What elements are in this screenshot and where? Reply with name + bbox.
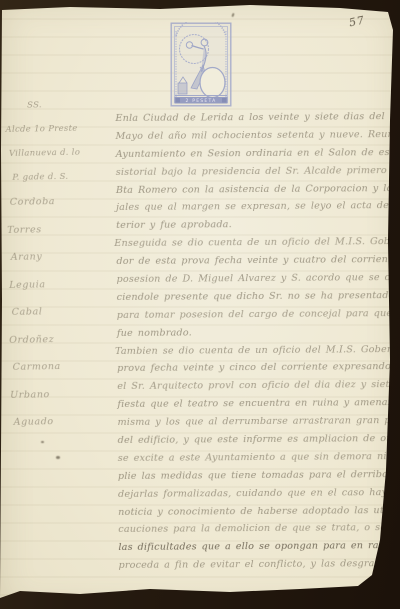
manuscript-line: se excite a este Ayuntamiento a que sin …: [118, 451, 396, 471]
stamp-denomination-text: 2 PESETA: [185, 98, 216, 104]
scanned-page: 57 2 PESETA SS. Alcde 1o Preste V: [0, 0, 400, 609]
margin-name: Arany: [8, 250, 112, 279]
manuscript-line: posesion de D. Miguel Alvarez y S. acord…: [117, 272, 395, 292]
folio-number: 57: [348, 13, 366, 29]
manuscript-line: noticia y conocimiento de haberse adopta…: [118, 505, 396, 525]
margin-name: Urbano: [10, 388, 114, 417]
margin-name: Carmona: [10, 360, 114, 389]
manuscript-line: ciendole presente que dicho Sr. no se ha…: [117, 290, 395, 310]
manuscript-line: Ayuntamiento en Sesion ordinaria en el S…: [116, 147, 394, 167]
manuscript-line: Mayo del año mil ochocientos setenta y n…: [116, 129, 394, 149]
margin-name: Cabal: [9, 305, 113, 334]
manuscript-line: del edificio, y que este informe es ampl…: [118, 433, 396, 453]
manuscript-line: plie las medidas que tiene tomadas para …: [118, 469, 396, 489]
ink-speck: [231, 13, 234, 17]
margin-attendee-list: SS. Alcde 1o Preste Villanueva d. lo P. …: [5, 99, 115, 444]
margin-header-line: Villanueva d. lo: [6, 147, 110, 173]
manuscript-line: las dificultades que a ello se opongan p…: [118, 540, 396, 560]
minutes-text: Enla Ciudad de Lerida a los veinte y sie…: [115, 111, 396, 578]
manuscript-line: fiesta que el teatro se encuentra en rui…: [117, 397, 395, 417]
manuscript-line: Tambien se dio cuenta de un oficio del M…: [115, 344, 395, 364]
manuscript-line: misma y los que al derrumbarse arrastrar…: [118, 415, 396, 435]
manuscript-line: terior y fue aprobada.: [116, 218, 394, 238]
manuscript-line: Enseguida se dio cuenta de un oficio del…: [114, 236, 394, 256]
ink-speck: [56, 456, 60, 459]
margin-header-line: SS.: [5, 99, 109, 125]
manuscript-line: cauciones para la demolicion de que se t…: [118, 523, 396, 543]
manuscript-page: 57 2 PESETA SS. Alcde 1o Preste V: [0, 0, 400, 609]
manuscript-line: Bta Romero con la asistencia de la Corpo…: [116, 183, 394, 203]
fiscal-stamp-icon: 2 PESETA: [170, 22, 232, 107]
manuscript-line: dejarlas formalizadas, cuidando que en e…: [118, 487, 396, 507]
manuscript-line: prova fecha veinte y cinco del corriente…: [117, 361, 395, 381]
manuscript-line: dor de esta prova fecha veinte y cuatro …: [116, 254, 394, 274]
ink-speck: [41, 441, 44, 443]
manuscript-line: sistorial bajo la presidencia del Sr. Al…: [116, 165, 394, 185]
manuscript-line: jales que al margen se expresan, se leyo…: [116, 200, 394, 220]
margin-name: Ordoñez: [9, 333, 113, 362]
manuscript-line: el Sr. Arquitecto provl con oficio del d…: [117, 379, 395, 399]
margin-header-line: Alcde 1o Preste: [5, 123, 109, 149]
margin-header-line: P. gade d. S.: [6, 171, 110, 197]
manuscript-line: fue nombrado.: [117, 326, 395, 346]
manuscript-line: Enla Ciudad de Lerida a los veinte y sie…: [115, 111, 393, 131]
manuscript-line: para tomar posesion del cargo de conceja…: [117, 308, 395, 328]
margin-name: Leguia: [8, 278, 112, 307]
margin-name: Cordoba: [7, 195, 111, 224]
margin-name: Torres: [7, 223, 111, 252]
margin-name: Aguado: [11, 415, 115, 444]
manuscript-line: proceda a fin de evitar el conflicto, y …: [119, 558, 397, 578]
